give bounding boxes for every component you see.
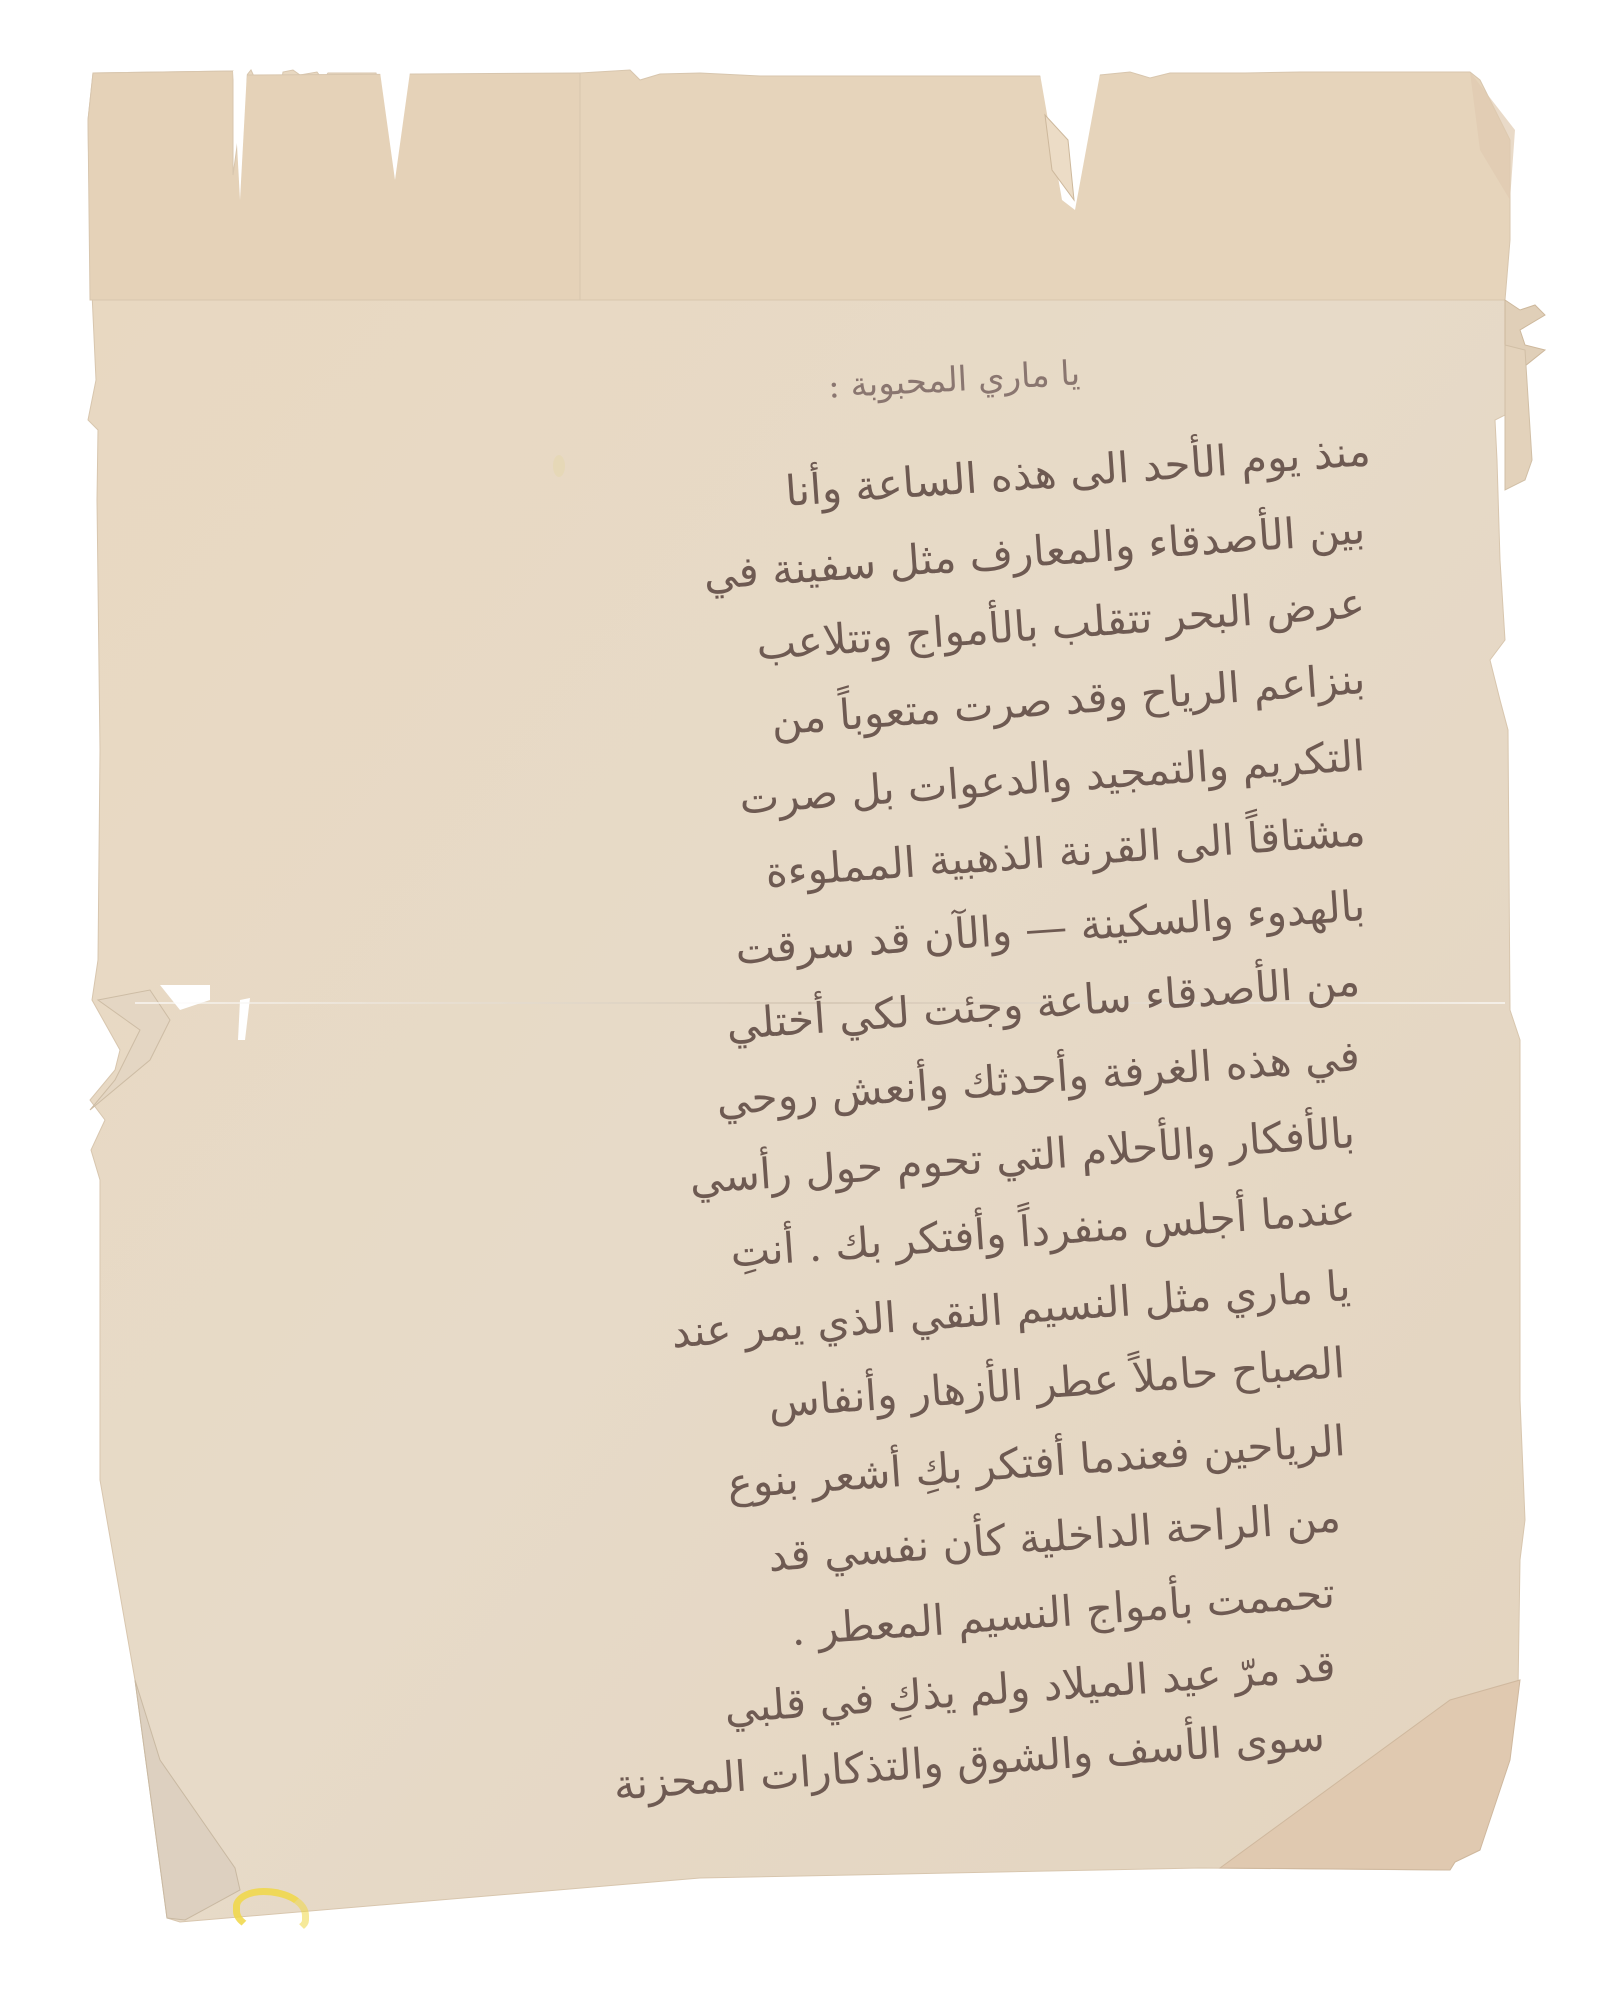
paper-upper-left: [88, 71, 580, 300]
letter-photograph: يا ماري المحبوبة : منذ يوم الأحد الى هذه…: [0, 0, 1614, 2000]
paper-upper-right: [580, 70, 1510, 300]
paper-spot: [553, 455, 565, 477]
right-edge-flap: [1505, 345, 1532, 490]
